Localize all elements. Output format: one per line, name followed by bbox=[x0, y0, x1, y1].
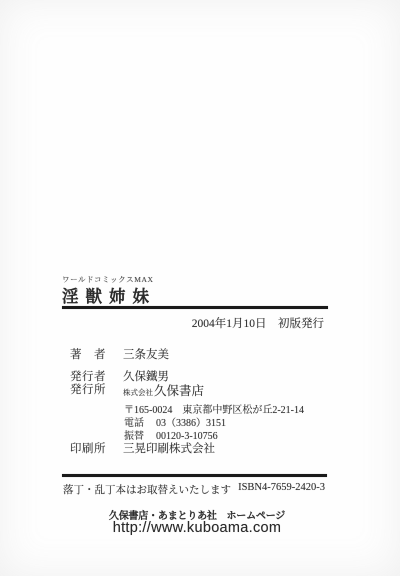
isbn-row: 落丁・乱丁本はお取替えいたします ISBN4-7659-2420-3 bbox=[63, 482, 325, 497]
bottom-divider bbox=[62, 474, 327, 477]
publishing-house-name: 久保書店 bbox=[154, 384, 204, 398]
title-divider bbox=[62, 306, 328, 309]
printer-value: 三晃印刷株式会社 bbox=[123, 440, 215, 456]
company-type-prefix: 株式会社 bbox=[123, 388, 153, 397]
edition-date: 2004年1月10日 初版発行 bbox=[62, 315, 324, 331]
reprint-notice: 落丁・乱丁本はお取替えいたします bbox=[63, 482, 231, 497]
printer-label: 印刷所 bbox=[70, 440, 106, 456]
publishing-house-value: 株式会社久保書店 bbox=[123, 381, 204, 399]
book-title: 淫獣姉妹 bbox=[62, 283, 156, 307]
author-value: 三条友美 bbox=[123, 346, 169, 362]
publishing-house-label: 発行所 bbox=[70, 381, 106, 397]
colophon-page: ワールドコミックスMAX 淫獣姉妹 2004年1月10日 初版発行 著 者 三条… bbox=[0, 0, 400, 576]
isbn-number: ISBN4-7659-2420-3 bbox=[238, 482, 325, 497]
author-label: 著 者 bbox=[70, 346, 106, 362]
homepage-url: http://www.kuboama.com bbox=[0, 520, 394, 536]
